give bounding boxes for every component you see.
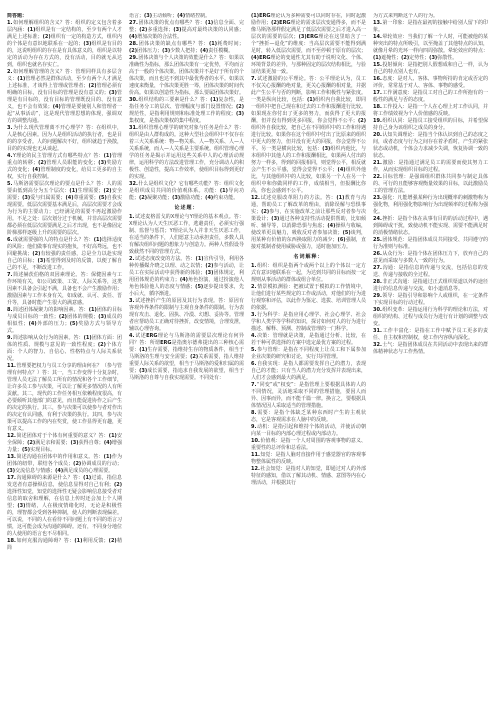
continuation-text: 为方式来判断这个人的行为。	[373, 13, 488, 20]
item-number: 4.	[251, 333, 256, 339]
qa-item: 7. “同变”或“权变”：是指管理上要根据具体的人的不同情况，灵活地采取不同的管…	[251, 382, 366, 410]
item-number: 14.	[373, 34, 382, 40]
item-number: 30.	[129, 97, 138, 103]
item-number: 13.	[7, 454, 16, 460]
qa-item: 7. 简述赫茨伯格的双因素理论。答：保健因素与工作环境有关，如公司政策、工资、人…	[7, 272, 122, 307]
item-number: 16.	[373, 76, 382, 82]
item-number: 1.	[251, 263, 256, 269]
item-number: 21.	[373, 160, 382, 166]
text-column-4: 为方式来判断这个人的行为。13. 第一印象：是指在最初的接触中给别人留下的印象。…	[373, 13, 488, 700]
qa-item: 18. 工作投入：是指一个人在心理上对工作认同，并将工作绩效视为个人价值感的反映…	[373, 104, 488, 118]
text-column-2: 语言；(3)主动倾听；(4)情绪控制。27. 团体决策的优点有哪些？答：(1)信…	[129, 13, 244, 700]
item-number: 17.	[373, 90, 382, 96]
item-number: 29.	[373, 293, 382, 299]
qa-item: 27. 沟通：是指信息的传递与交流，包括信息的发送、传递与接收的全过程。	[373, 265, 488, 279]
qa-item: 8. 简述团体凝聚力的影响因素。答：(1)团体的目标与成员目标的一致性；(2)团…	[7, 307, 122, 335]
qa-item: 29. 团体决策与个人决策的效能是什么？答：如果以准确性为指标，那么团体决策有一…	[129, 55, 244, 97]
item-number: 26.	[373, 251, 382, 257]
qa-item: 17. 工作满意度：是指员工对自己的工作所抱有的一般性的满足与否的态度。	[373, 90, 488, 104]
qa-item: 9. 动机：是指引起和维持个体的活动，并使活动朝向某一目标的内部心理过程或内部动…	[251, 424, 366, 438]
qa-item: 4. Y理论的民主管理方式有哪些特点？答：(1)管理重点的转移；(2)管理人员职…	[7, 153, 122, 181]
qa-item: 20. 认知失调理论：是指当个体认识到自己的态度之间，或者态度与行为之间存在着矛…	[373, 132, 488, 160]
qa-item: 6. 成就需要强的人的特点是什么？答：(1)选择适度的风险；他们做事有现实的抱负…	[7, 237, 122, 272]
qa-item: 13. 简述沟通在团体中的作用和意义。答：(1)作为团体的纽带，联结各个成员；(…	[7, 454, 122, 475]
section-header: 名词解释：	[251, 254, 366, 261]
qa-item: 27. 团体决策的优点有哪些？答：(1)信息全面、完整；(2)多重选择；(3)提…	[129, 20, 244, 41]
qa-item: 22. 目标管理：是强调组织群体共同参与制定具体的、可行的且能够客观衡量效果的目…	[373, 174, 488, 195]
item-number: 18.	[7, 538, 16, 544]
item-number: 7.	[251, 76, 256, 82]
qa-item: 3. 为什么现代管理离不开心理学？答：在组织中，人是核心因素。因为人是组织活动的…	[7, 125, 122, 153]
qa-item: 13. 第一印象：是指在最初的接触中给别人留下的印象。	[373, 20, 488, 34]
item-number: 28.	[129, 41, 138, 47]
item-number: 23.	[373, 195, 382, 201]
item-number: 6.	[251, 361, 256, 367]
qa-item: 1. 试述麦格雷戈的X理论与Y理论的基本观点。答：X理论认为人天生厌恶工作，逃避…	[129, 214, 244, 256]
qa-item: 9. 简述影响从众行为的因素。答：(1)团体方面：团体的性质、规模与意见的一致性…	[7, 335, 122, 363]
item-number: 11.	[251, 452, 260, 458]
item-number: 9.	[7, 335, 12, 341]
item-number: 27.	[129, 20, 138, 26]
qa-item: 29. 领导：是指引导和影响个人或组织，在一定条件下实现目标的行动过程。	[373, 293, 488, 307]
qa-item: 17. 沟通障碍的来源是什么？答：(1)过滤，指信息发送者有意操纵信息，使信息显…	[7, 475, 122, 538]
qa-item: 28. 非正式沟通：是指通过正式组织渠道以外的途径进行的信息传递与交流，如小道消…	[373, 279, 488, 293]
qa-item: 5. 马斯洛需要层次理论的要点是什么？答：人的需要由低到高分为五个层次：(1)生…	[7, 181, 122, 237]
qa-item: 24. 挫折：是指个体在从事有目的的活动过程中，遇到障碍或干扰，致使动机不能实现…	[373, 216, 488, 237]
item-number: 20.	[373, 132, 382, 138]
qa-item: 30. 组织变革：是指运用行为科学的理论和方法，对组织的结构、过程与成员行为进行…	[373, 307, 488, 328]
qa-item: 2. 情景模拟测验：把被试置于模拟的工作情境中，让他们进行某些规定的工作或活动，…	[251, 284, 366, 312]
qa-item: 11. 知觉：是指人脑对直接作用于感觉器官的客观事物整体属性的反映。	[251, 452, 366, 466]
item-number: 7.	[251, 382, 256, 388]
qa-item: 16. 态度：是对人、客体、事物所持的肯定或否定的评价，常常基于对人、客体、事物…	[373, 76, 488, 90]
qa-item: 3. 试述挫折产生的原因及其行为表现。答：原因有客观外界条件的限制与主观自身条件…	[129, 298, 244, 333]
item-number: 1.	[129, 214, 134, 220]
item-number: 2.	[129, 256, 134, 262]
item-number: 31.	[129, 125, 138, 131]
qa-item: 19. 组织认同：是指员工接受组织的目标，并希望保持自己身为该组织之成员的身分。	[373, 118, 488, 132]
qa-item: 25. 团体规范：是指团体成员共同接受、共同遵守的行为准则与标准。	[373, 237, 488, 251]
item-number: 10.	[251, 438, 260, 444]
qa-item: 31. 工作丰富化：是指在工作中赋予员工更多的责任、自主权和控制权，使工作内容纵…	[373, 328, 488, 342]
item-number: 18.	[373, 104, 382, 110]
qa-item: 12. 简述团体对于个体有何重要的意义？答：(1)安全保障；(2)满足亲和需要；…	[7, 433, 122, 454]
item-number: 32.	[373, 342, 382, 348]
continuation-text: (1)ERG理论认为多种需要可以同时存在，同时起激励作用；(2)ERG理论的需求…	[251, 13, 366, 76]
qa-item: 1. 如何理解组织的含义？答：组织的定义包含着多层内涵：(1)组织是有一定结构的…	[7, 20, 122, 69]
item-number: 22.	[373, 174, 382, 180]
item-number: 8.	[7, 307, 12, 313]
item-number: 3.	[129, 298, 134, 304]
qa-item: 3. 行为科学：是指应用心理学、社会心理学、社会学和人类学等学科的知识，探讨如何…	[251, 312, 366, 333]
qa-item: 26. 从众行为：是指个体在团体压力下，放弃自己的意见而采取与多数人一致的行为。	[373, 251, 488, 265]
qa-item: 6. 自我实现：是指人都需要发挥自己的潜力，表现自己的才能；只有当人的潜力充分发…	[251, 361, 366, 382]
item-number: 31.	[373, 328, 382, 334]
item-number: 6.	[7, 237, 12, 243]
item-number: 27.	[373, 265, 382, 271]
document-page: 简答题：1. 如何理解组织的含义？答：组织的定义包含着多层内涵：(1)组织是有一…	[0, 0, 496, 702]
item-number: 9.	[251, 424, 256, 430]
section-header: 简答题：	[7, 13, 122, 20]
qa-item: 1. 组织：组织是指两个或两个以上的个体以一定方式有意识地联系在一起，为达到共同…	[251, 263, 366, 284]
qa-item: 31. 组织管理心理学的研究对象与任务是什么？答：组织是由人群构成的。这种大型社…	[129, 125, 244, 181]
qa-item: 4. 决策：管理就是决策，是指通过分析、比较，在若干种可供选择的方案中选定最优方…	[251, 333, 366, 347]
qa-item: 32. 士气：是指团体成员在共同活动中表现出来的群体精神状态与工作热情。	[373, 342, 488, 356]
item-number: 12.	[7, 433, 16, 439]
item-number: 29.	[129, 55, 138, 61]
qa-item: 23. 强化：凡能增强某种行为出现概率的刺激物称为强化物，利用强化物影响行为出现…	[373, 195, 488, 216]
qa-item: 10. 价值观：是指一个人对周围的客观事物的意义、重要性的总评价和总看法。	[251, 438, 366, 452]
qa-item: 32. 什么是组织文化？它有哪些功能？答：组织文化是组织成员共同的价值观体系。功…	[129, 181, 244, 202]
qa-item: 11. 管理要把权力与员工分享的理由何在？（参与管理有何特点？）答：其一，当工作…	[7, 363, 122, 433]
qa-item: 4. 试述ERG理论与马斯洛的需要层次理论有何异同？答：所谓ERG是指奥尔德弗提…	[129, 333, 244, 382]
item-number: 17.	[7, 475, 16, 481]
text-column-1: 简答题：1. 如何理解组织的含义？答：组织的定义包含着多层内涵：(1)组织是有一…	[7, 13, 122, 700]
qa-item: 2. 试述态度改变的方法。答：(1)宣传引导，利用各种传播媒介晓之以理、动之以情…	[129, 256, 244, 298]
continuation-text: 语言；(3)主动倾听；(4)情绪控制。	[129, 13, 244, 20]
qa-item: 5. 参与管理：是指在不同程度上让员工和下属参加企业决策的研究和讨论，实行共同管…	[251, 347, 366, 361]
qa-item: 30. 组织结构的三要素是什么？答：(1)复杂性，是指任务分工的层次、管理幅度与…	[129, 97, 244, 125]
item-number: 30.	[373, 307, 382, 313]
item-number: 2.	[7, 69, 12, 75]
item-number: 11.	[7, 363, 16, 369]
item-number: 28.	[373, 279, 382, 285]
item-number: 4.	[129, 333, 134, 339]
item-number: 8.	[251, 410, 256, 416]
item-number: 19.	[373, 118, 382, 124]
item-number: 1.	[7, 20, 12, 26]
item-number: 15.	[373, 62, 382, 68]
item-number: 3.	[251, 312, 256, 318]
section-header: 论述题：	[129, 205, 244, 212]
text-column-3: (1)ERG理论认为多种需要可以同时存在，同时起激励作用；(2)ERG理论的需求…	[251, 13, 366, 700]
item-number: 12.	[251, 466, 260, 472]
item-number: 24.	[373, 216, 382, 222]
item-number: 5.	[7, 181, 12, 187]
qa-item: 18. 如何克服沟通障碍？答：(1)利用反馈；(2)精简	[7, 538, 122, 552]
qa-item: 8. 需要：是指个体缺乏某种东西时产生的主观状态，它是客观需求在人脑中的反映。	[251, 410, 366, 424]
item-number: 5.	[251, 347, 256, 353]
item-number: 12.	[251, 195, 260, 201]
item-number: 32.	[129, 181, 138, 187]
item-number: 13.	[373, 20, 382, 26]
item-number: 4.	[7, 153, 12, 159]
qa-item: 28. 团体决策的缺点有哪些？答：(1)耗费时间；(2)团体压力；(3)少数人把…	[129, 41, 244, 55]
qa-item: 12. 社会知觉：是指对人的知觉，即通过对人的外部特征的感知，借以了解其动机、情…	[251, 466, 366, 487]
item-number: 7.	[7, 272, 12, 278]
item-number: 25.	[373, 237, 382, 243]
qa-item: 7. 试述激励的公平理论。答：公平理论认为，员工不仅关心报酬的绝对量，更关心报酬…	[251, 76, 366, 195]
item-number: 3.	[7, 125, 12, 131]
qa-item: 12. 试述克服改革阻力的方法。答：(1)教育与沟通，帮助员工了解改革的理由，消…	[251, 195, 366, 251]
item-number: 2.	[251, 284, 256, 290]
qa-item: 2. 如何理解管理的含义？答：管理同样具有多层含义：(1)管理必然是群体活动，至…	[7, 69, 122, 125]
qa-item: 21. 激励：是指通过满足员工的需要而使其努力工作，从而实现组织目标的过程。	[373, 160, 488, 174]
qa-item: 15. 投射倾向：是指把别人假想成和自己一样，认为自己的特点别人也有。	[373, 62, 488, 76]
qa-item: 14. 晕轮效应：当我们了解一个人时，可能被他的某种突出的特点所吸引，以至掩盖了…	[373, 34, 488, 62]
